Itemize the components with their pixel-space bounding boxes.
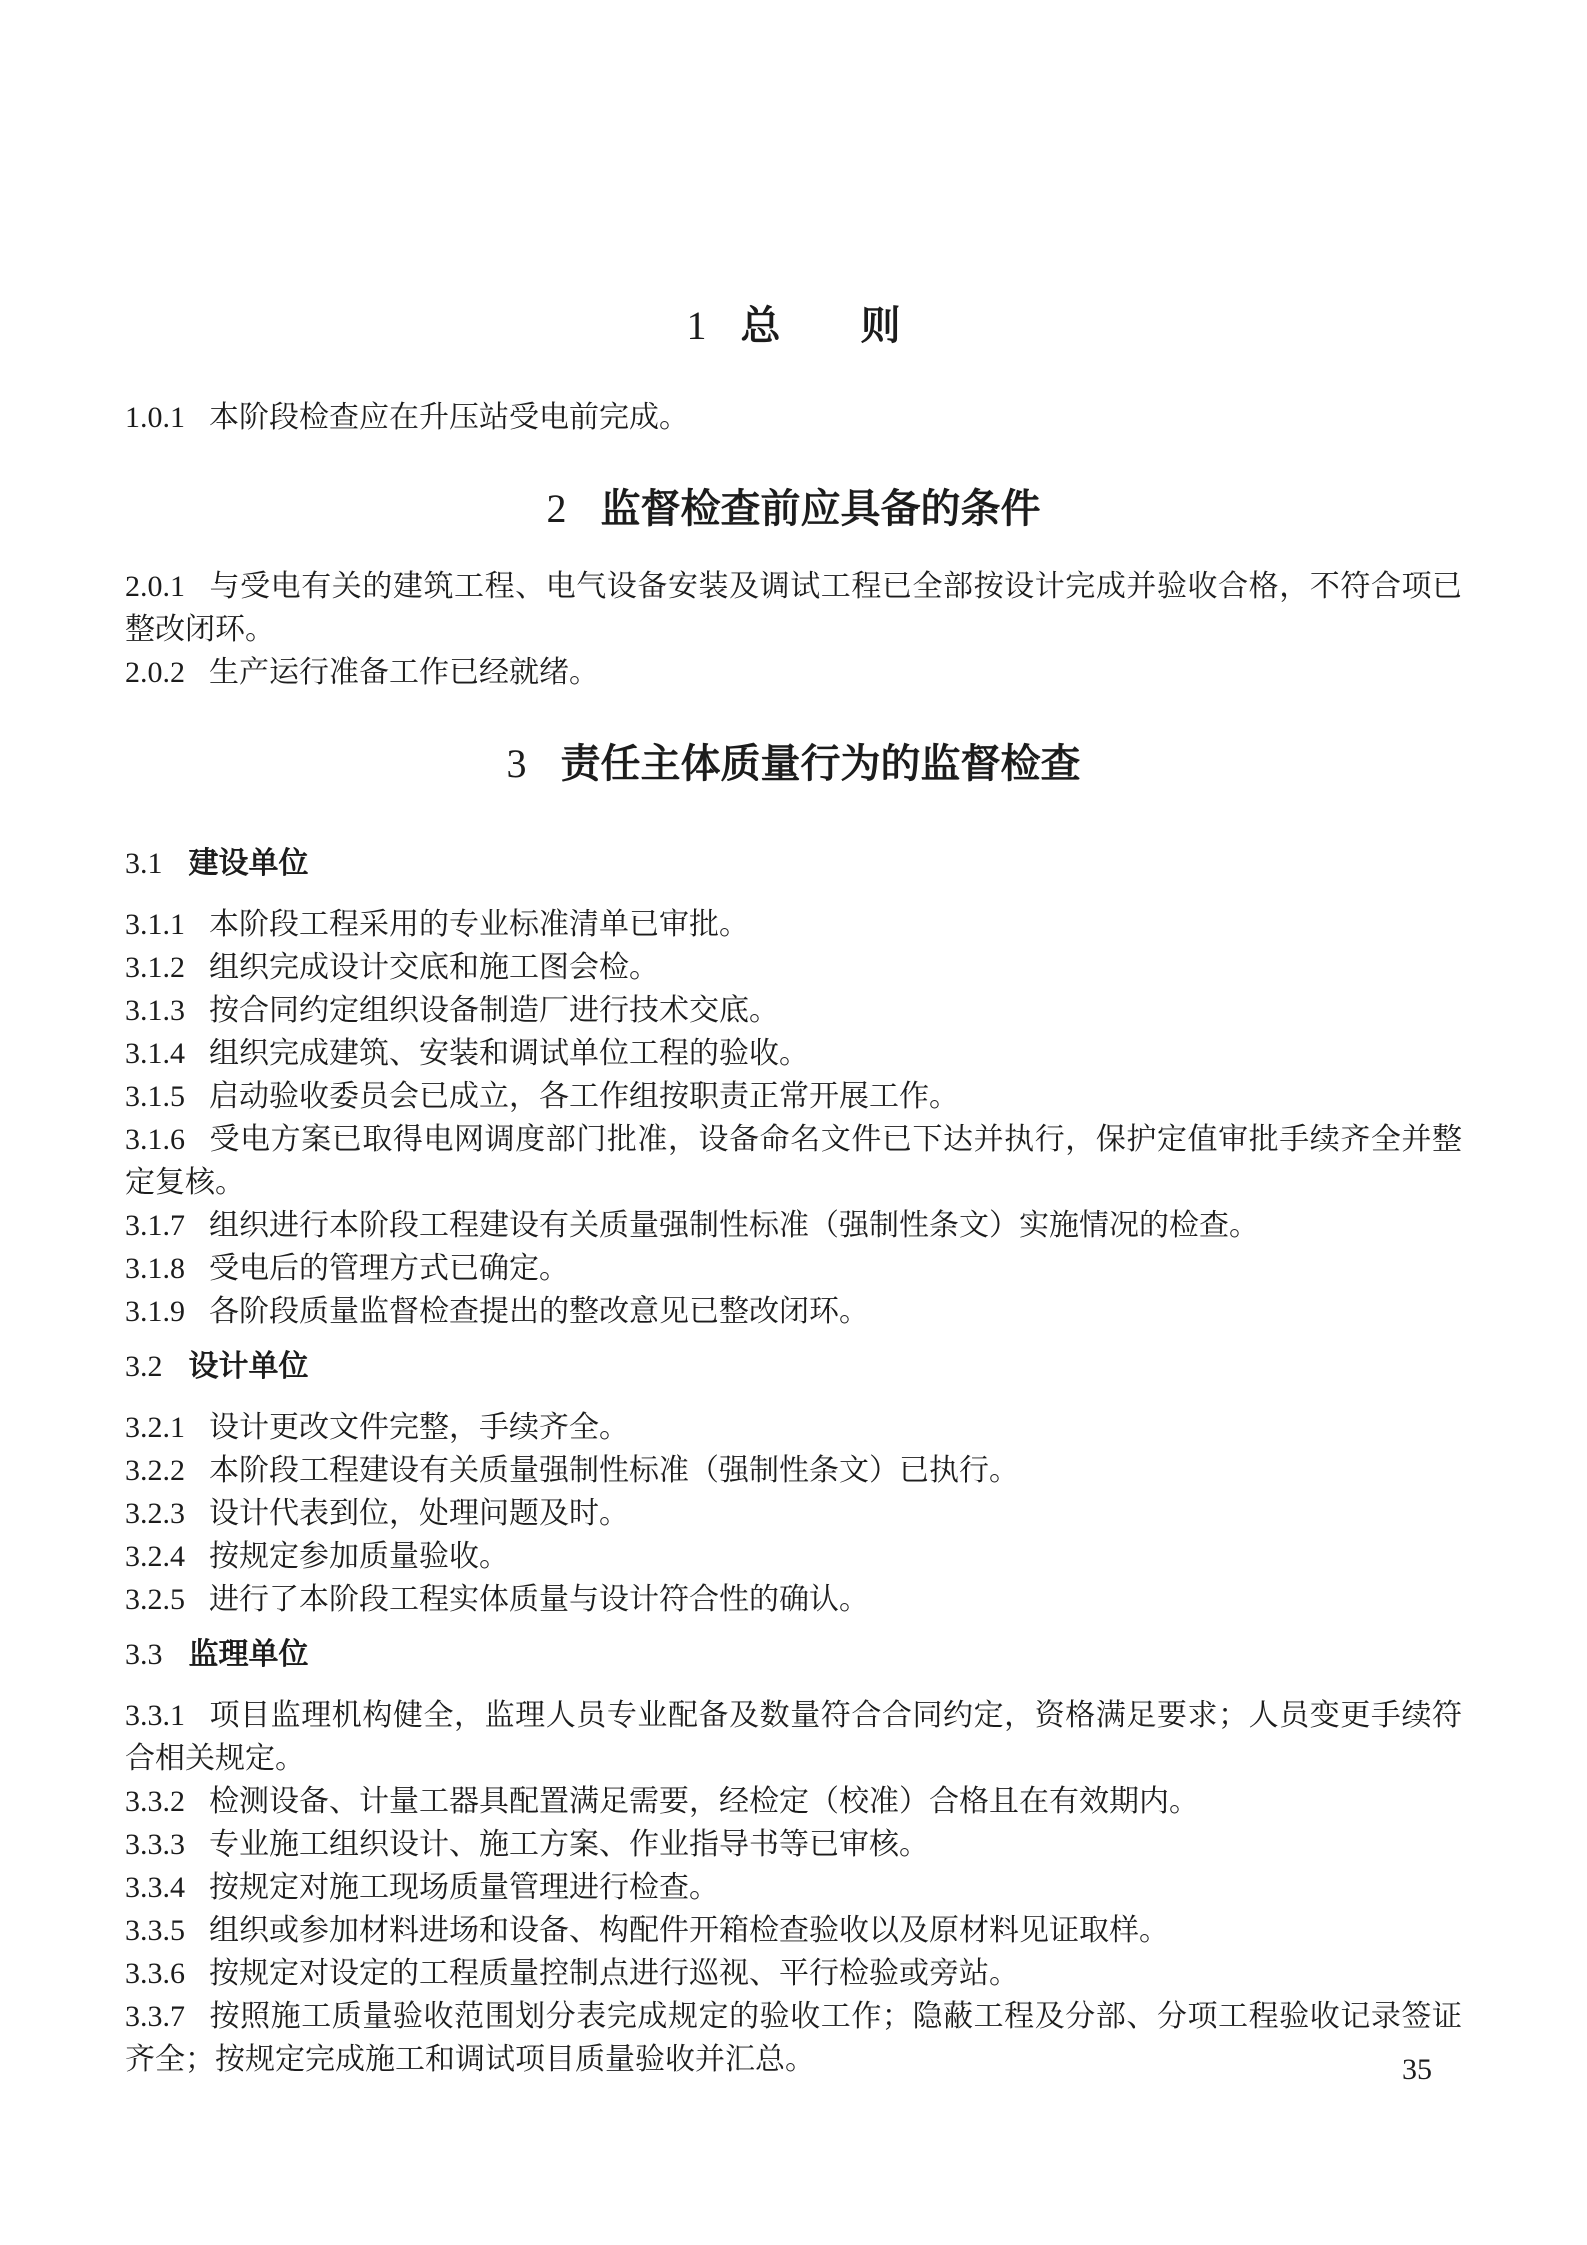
subsection-3-2-heading: 3.2设计单位 bbox=[125, 1345, 1462, 1388]
clause: 2.0.2生产运行准备工作已经就绪。 bbox=[125, 651, 1462, 694]
clause: 3.3.7按照施工质量验收范围划分表完成规定的验收工作；隐蔽工程及分部、分项工程… bbox=[125, 1995, 1462, 2081]
clause-text: 检测设备、计量工器具配置满足需要，经检定（校准）合格且在有效期内。 bbox=[209, 1785, 1199, 1818]
clause-number: 3.1.6 bbox=[125, 1123, 185, 1156]
clause-number: 3.1.4 bbox=[125, 1037, 185, 1070]
clause: 3.1.3按合同约定组织设备制造厂进行技术交底。 bbox=[125, 989, 1462, 1032]
clause-number: 3.2.2 bbox=[125, 1454, 185, 1487]
clause-text: 组织完成建筑、安装和调试单位工程的验收。 bbox=[209, 1037, 809, 1070]
heading-number: 3.2 bbox=[125, 1350, 163, 1383]
section-3-heading: 3责任主体质量行为的监督检查 bbox=[125, 738, 1462, 790]
heading-title: 建设单位 bbox=[189, 847, 309, 880]
clause-text: 本阶段检查应在升压站受电前完成。 bbox=[209, 401, 689, 434]
clause-text: 进行了本阶段工程实体质量与设计符合性的确认。 bbox=[209, 1583, 869, 1616]
clause: 3.3.5组织或参加材料进场和设备、构配件开箱检查验收以及原材料见证取样。 bbox=[125, 1909, 1462, 1952]
heading-number: 3.3 bbox=[125, 1638, 163, 1671]
clause-text: 按规定参加质量验收。 bbox=[209, 1540, 509, 1573]
clause-number: 3.1.8 bbox=[125, 1252, 185, 1285]
clause-text: 各阶段质量监督检查提出的整改意见已整改闭环。 bbox=[209, 1295, 869, 1328]
heading-number: 2 bbox=[547, 486, 567, 531]
clause-number: 3.3.5 bbox=[125, 1914, 185, 1947]
clause: 3.2.2本阶段工程建设有关质量强制性标准（强制性条文）已执行。 bbox=[125, 1449, 1462, 1492]
clause: 3.3.4按规定对施工现场质量管理进行检查。 bbox=[125, 1866, 1462, 1909]
heading-title: 责任主体质量行为的监督检查 bbox=[561, 742, 1081, 786]
clause-number: 3.2.1 bbox=[125, 1411, 185, 1444]
clause-number: 3.1.1 bbox=[125, 908, 185, 941]
clause-text: 组织进行本阶段工程建设有关质量强制性标准（强制性条文）实施情况的检查。 bbox=[209, 1209, 1259, 1242]
clause-text: 设计更改文件完整，手续齐全。 bbox=[209, 1411, 629, 1444]
clause-number: 3.1.2 bbox=[125, 951, 185, 984]
clause-number: 3.1.9 bbox=[125, 1295, 185, 1328]
clause: 3.1.7组织进行本阶段工程建设有关质量强制性标准（强制性条文）实施情况的检查。 bbox=[125, 1204, 1462, 1247]
clause-text: 按规定对设定的工程质量控制点进行巡视、平行检验或旁站。 bbox=[209, 1957, 1019, 1990]
clause-text: 项目监理机构健全，监理人员专业配备及数量符合合同约定，资格满足要求；人员变更手续… bbox=[125, 1699, 1462, 1775]
clause-text: 启动验收委员会已成立，各工作组按职责正常开展工作。 bbox=[209, 1080, 959, 1113]
clause-text: 本阶段工程建设有关质量强制性标准（强制性条文）已执行。 bbox=[209, 1454, 1019, 1487]
clause: 1.0.1本阶段检查应在升压站受电前完成。 bbox=[125, 396, 1462, 439]
clause-text: 受电方案已取得电网调度部门批准，设备命名文件已下达并执行，保护定值审批手续齐全并… bbox=[125, 1123, 1462, 1199]
heading-number: 1 bbox=[687, 303, 707, 348]
clause-number: 2.0.2 bbox=[125, 656, 185, 689]
clause: 3.1.5启动验收委员会已成立，各工作组按职责正常开展工作。 bbox=[125, 1075, 1462, 1118]
clause: 3.1.9各阶段质量监督检查提出的整改意见已整改闭环。 bbox=[125, 1290, 1462, 1333]
clause-text: 组织完成设计交底和施工图会检。 bbox=[209, 951, 659, 984]
clause-number: 3.2.3 bbox=[125, 1497, 185, 1530]
clause-number: 2.0.1 bbox=[125, 570, 185, 603]
clause-number: 3.3.1 bbox=[125, 1699, 185, 1732]
clause: 3.3.3专业施工组织设计、施工方案、作业指导书等已审核。 bbox=[125, 1823, 1462, 1866]
clause-text: 按规定对施工现场质量管理进行检查。 bbox=[209, 1871, 719, 1904]
clause: 3.3.1项目监理机构健全，监理人员专业配备及数量符合合同约定，资格满足要求；人… bbox=[125, 1694, 1462, 1780]
document-page: 1总 则 1.0.1本阶段检查应在升压站受电前完成。 2监督检查前应具备的条件 … bbox=[0, 0, 1587, 2245]
clause: 3.3.2检测设备、计量工器具配置满足需要，经检定（校准）合格且在有效期内。 bbox=[125, 1780, 1462, 1823]
subsection-3-1-heading: 3.1建设单位 bbox=[125, 842, 1462, 885]
heading-title: 设计单位 bbox=[189, 1350, 309, 1383]
page-number: 35 bbox=[1402, 2048, 1432, 2091]
clause: 3.1.8受电后的管理方式已确定。 bbox=[125, 1247, 1462, 1290]
clause-text: 按照施工质量验收范围划分表完成规定的验收工作；隐蔽工程及分部、分项工程验收记录签… bbox=[125, 2000, 1462, 2076]
heading-title: 总 则 bbox=[741, 304, 901, 348]
heading-number: 3.1 bbox=[125, 847, 163, 880]
section-1-heading: 1总 则 bbox=[125, 300, 1462, 352]
clause-number: 3.3.4 bbox=[125, 1871, 185, 1904]
clause-number: 1.0.1 bbox=[125, 401, 185, 434]
clause-number: 3.1.5 bbox=[125, 1080, 185, 1113]
clause: 3.1.1本阶段工程采用的专业标准清单已审批。 bbox=[125, 903, 1462, 946]
section-2-heading: 2监督检查前应具备的条件 bbox=[125, 483, 1462, 535]
clause-number: 3.2.5 bbox=[125, 1583, 185, 1616]
clause-text: 专业施工组织设计、施工方案、作业指导书等已审核。 bbox=[209, 1828, 929, 1861]
clause-text: 本阶段工程采用的专业标准清单已审批。 bbox=[209, 908, 749, 941]
clause-number: 3.1.7 bbox=[125, 1209, 185, 1242]
clause: 3.2.4按规定参加质量验收。 bbox=[125, 1535, 1462, 1578]
heading-title: 监理单位 bbox=[189, 1638, 309, 1671]
clause-text: 设计代表到位，处理问题及时。 bbox=[209, 1497, 629, 1530]
clause: 3.1.2组织完成设计交底和施工图会检。 bbox=[125, 946, 1462, 989]
clause-number: 3.3.2 bbox=[125, 1785, 185, 1818]
clause: 3.2.5进行了本阶段工程实体质量与设计符合性的确认。 bbox=[125, 1578, 1462, 1621]
clause-text: 生产运行准备工作已经就绪。 bbox=[209, 656, 599, 689]
clause: 3.2.1设计更改文件完整，手续齐全。 bbox=[125, 1406, 1462, 1449]
clause: 3.3.6按规定对设定的工程质量控制点进行巡视、平行检验或旁站。 bbox=[125, 1952, 1462, 1995]
clause-number: 3.2.4 bbox=[125, 1540, 185, 1573]
clause: 2.0.1与受电有关的建筑工程、电气设备安装及调试工程已全部按设计完成并验收合格… bbox=[125, 565, 1462, 651]
clause-text: 组织或参加材料进场和设备、构配件开箱检查验收以及原材料见证取样。 bbox=[209, 1914, 1169, 1947]
clause: 3.2.3设计代表到位，处理问题及时。 bbox=[125, 1492, 1462, 1535]
heading-title: 监督检查前应具备的条件 bbox=[601, 487, 1041, 531]
heading-number: 3 bbox=[507, 741, 527, 786]
clause-number: 3.3.3 bbox=[125, 1828, 185, 1861]
clause-text: 按合同约定组织设备制造厂进行技术交底。 bbox=[209, 994, 779, 1027]
clause-number: 3.1.3 bbox=[125, 994, 185, 1027]
subsection-3-3-heading: 3.3监理单位 bbox=[125, 1633, 1462, 1676]
clause-text: 与受电有关的建筑工程、电气设备安装及调试工程已全部按设计完成并验收合格，不符合项… bbox=[125, 570, 1462, 646]
clause-number: 3.3.6 bbox=[125, 1957, 185, 1990]
clause-number: 3.3.7 bbox=[125, 2000, 185, 2033]
clause: 3.1.4组织完成建筑、安装和调试单位工程的验收。 bbox=[125, 1032, 1462, 1075]
clause-text: 受电后的管理方式已确定。 bbox=[209, 1252, 569, 1285]
clause: 3.1.6受电方案已取得电网调度部门批准，设备命名文件已下达并执行，保护定值审批… bbox=[125, 1118, 1462, 1204]
